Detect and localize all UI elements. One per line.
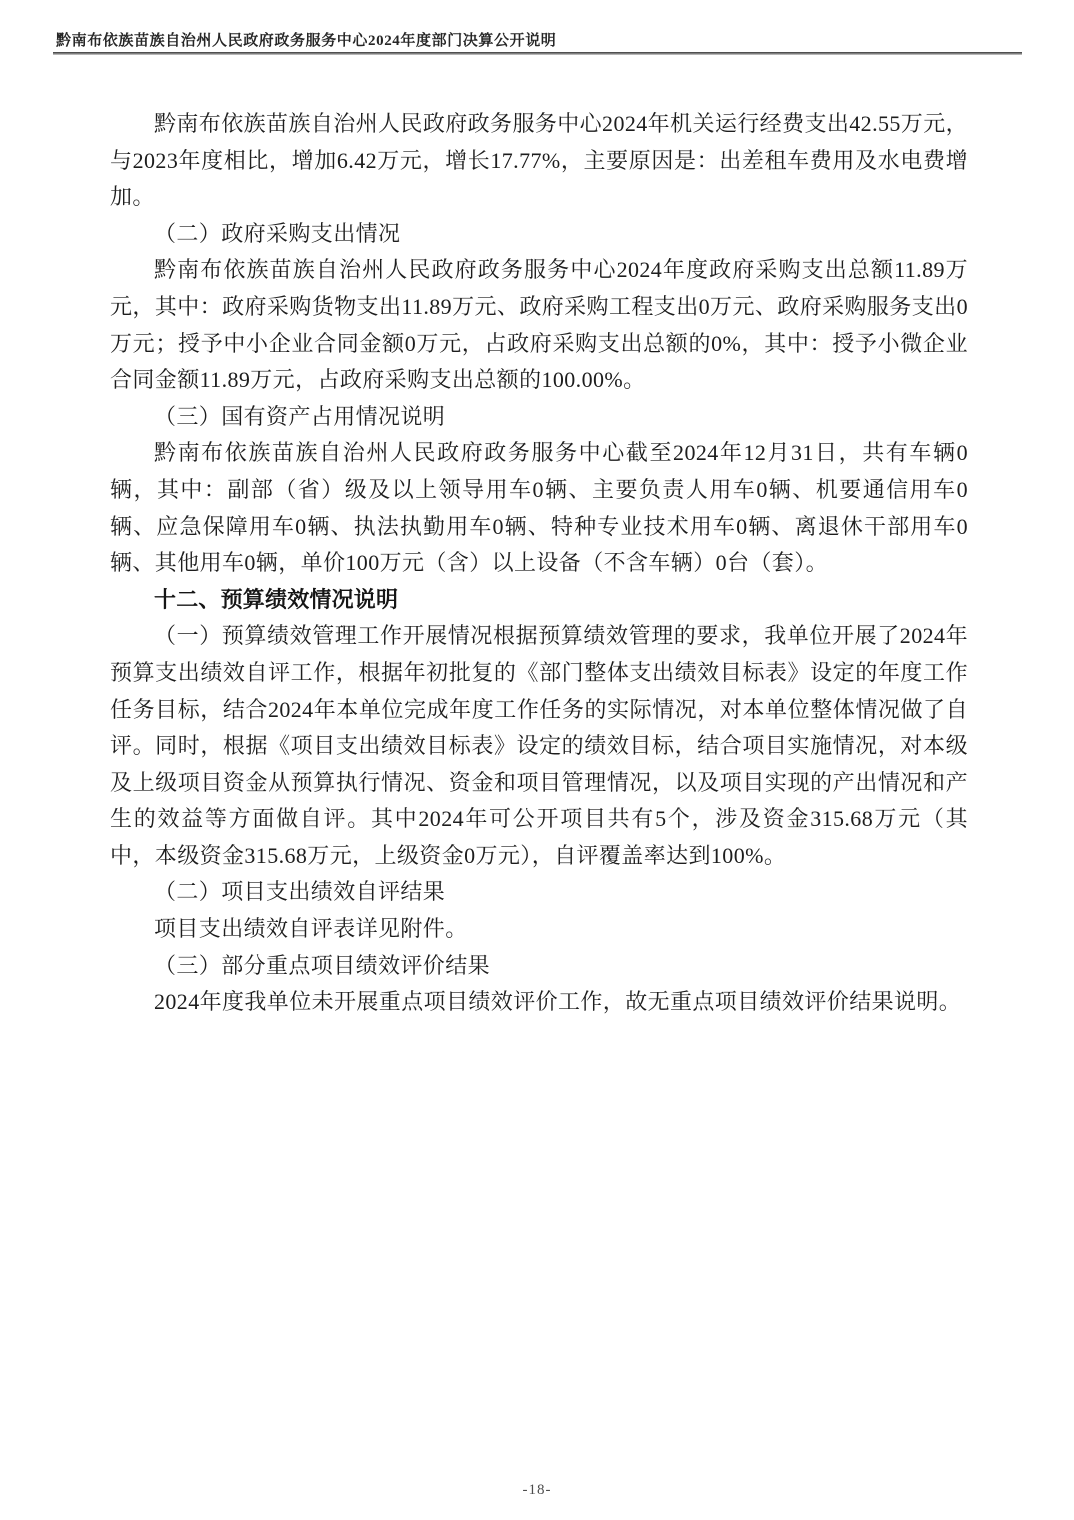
paragraph-government-procurement: 黔南布依族苗族自治州人民政府政务服务中心2024年度政府采购支出总额11.89万… <box>110 252 968 398</box>
sub-heading-project-self-evaluation: （二）项目支出绩效自评结果 <box>110 874 968 911</box>
page-header-title: 黔南布依族苗族自治州人民政府政务服务中心2024年度部门决算公开说明 <box>56 29 556 50</box>
document-page: 黔南布依族苗族自治州人民政府政务服务中心2024年度部门决算公开说明 黔南布依族… <box>0 0 1074 1520</box>
header-rule <box>53 52 1022 55</box>
paragraph-key-project-evaluation: 2024年度我单位未开展重点项目绩效评价工作，故无重点项目绩效评价结果说明。 <box>110 984 968 1021</box>
sub-heading-government-procurement: （二）政府采购支出情况 <box>110 216 968 253</box>
paragraph-budget-performance-management: （一）预算绩效管理工作开展情况根据预算绩效管理的要求，我单位开展了2024年预算… <box>110 618 968 874</box>
page-number: -18- <box>0 1482 1074 1499</box>
paragraph-state-assets: 黔南布依族苗族自治州人民政府政务服务中心截至2024年12月31日，共有车辆0辆… <box>110 435 968 581</box>
paragraph-agency-operating-expense: 黔南布依族苗族自治州人民政府政务服务中心2024年机关运行经费支出42.55万元… <box>110 106 968 216</box>
paragraph-project-self-evaluation: 项目支出绩效自评表详见附件。 <box>110 911 968 948</box>
sub-heading-key-project-evaluation: （三）部分重点项目绩效评价结果 <box>110 948 968 985</box>
section-heading-budget-performance: 十二、预算绩效情况说明 <box>110 582 968 619</box>
sub-heading-state-assets: （三）国有资产占用情况说明 <box>110 399 968 436</box>
document-body: 黔南布依族苗族自治州人民政府政务服务中心2024年机关运行经费支出42.55万元… <box>110 106 968 1021</box>
